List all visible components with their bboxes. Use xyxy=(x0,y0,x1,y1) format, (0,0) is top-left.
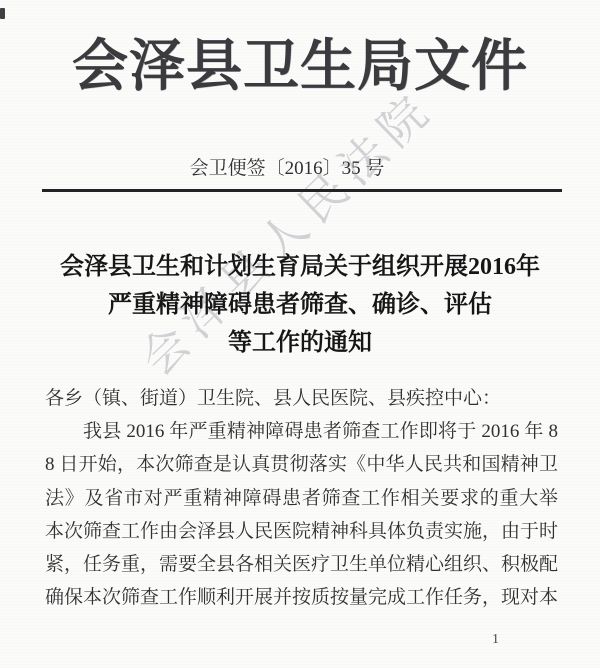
agency-letterhead-title: 会泽县卫生局文件 xyxy=(0,22,600,102)
document-title-line-1: 会泽县卫生和计划生育局关于组织开展2016年 xyxy=(20,248,580,286)
document-reference-number: 会卫便签〔2016〕35 号 xyxy=(0,153,587,180)
scanned-document-page: { "page": { "header_title": "会泽县卫生局文件", … xyxy=(0,0,600,668)
document-title-line-2: 严重精神障碍患者筛查、确诊、评估 xyxy=(20,286,580,324)
scan-edge-artifact xyxy=(0,8,5,19)
document-body: 各乡（镇、街道）卫生院、县人民医院、县疾控中心： 我县 2016 年严重精神障碍… xyxy=(45,382,558,614)
body-line: 8 日开始，本次筛查是认真贯彻落实《中华人民共和国精神卫生 xyxy=(45,448,558,481)
page-number: 1 xyxy=(492,632,499,648)
body-line: 我县 2016 年严重精神障碍患者筛查工作即将于 2016 年 8 月 xyxy=(45,415,558,448)
document-title-line-3: 等工作的通知 xyxy=(20,324,580,362)
body-line: 本次筛查工作由会泽县人民医院精神科具体负责实施，由于时间 xyxy=(45,515,558,548)
letterhead-divider-rule xyxy=(42,189,562,192)
body-line: 紧，任务重，需要全县各相关医疗卫生单位精心组织、积极配合、 xyxy=(45,548,558,581)
body-line: 确保本次筛查工作顺利开展并按质按量完成工作任务，现对本次 xyxy=(45,581,558,614)
document-title: 会泽县卫生和计划生育局关于组织开展2016年 严重精神障碍患者筛查、确诊、评估 … xyxy=(20,248,580,362)
body-line: 法》及省市对严重精神障碍患者筛查工作相关要求的重大举措。 xyxy=(45,482,558,515)
salutation-line: 各乡（镇、街道）卫生院、县人民医院、县疾控中心： xyxy=(45,382,558,415)
